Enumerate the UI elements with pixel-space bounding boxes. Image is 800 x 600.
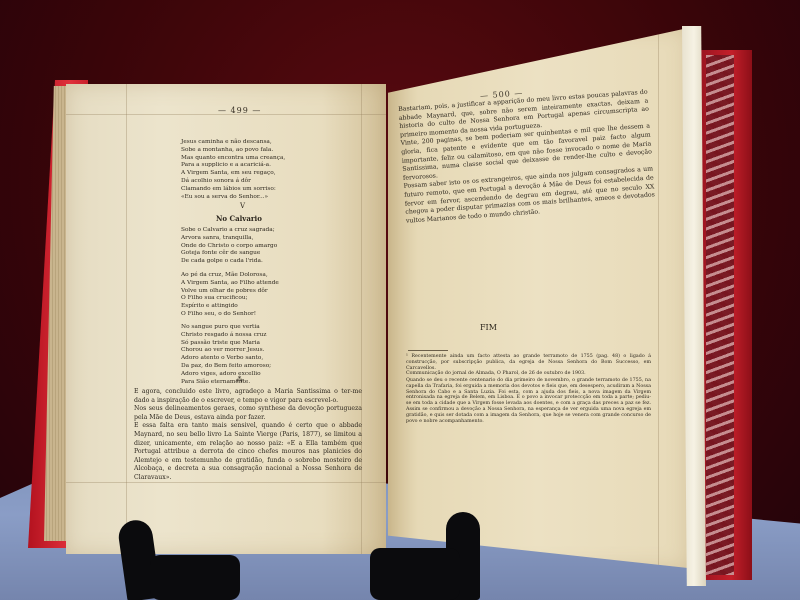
poem-stanza-1: Sobe o Calvario a cruz sagrada; Arvora s… — [181, 227, 361, 266]
footnote-1: ¹ Recentemente ainda um facto attesta ao… — [406, 354, 651, 377]
end-mark: FIM — [480, 323, 497, 332]
marbled-endpaper — [706, 55, 734, 575]
section-numeral: V — [240, 202, 245, 210]
poem-stanza-2: Ao pé da cruz, Mãe Dolorosa, A Virgem Sa… — [181, 272, 361, 319]
right-page: — 500 — Bastariam, pois, a justificar a … — [388, 28, 688, 568]
page-number-left: — 499 — — [218, 106, 261, 115]
fold-line — [658, 28, 659, 568]
footnote-rule — [408, 350, 448, 351]
poem-top: Jesus caminha e não descansa, Sobe a mon… — [181, 139, 361, 201]
footnote-2: Quando se deu o recente centenario do di… — [406, 378, 651, 424]
right-prose: Bastariam, pois, a justificar a appariçã… — [398, 89, 656, 226]
fold-line — [361, 84, 362, 554]
closing-prose: E agora, concluido este livro, agradeço … — [134, 388, 362, 483]
book-stand-left-base — [150, 555, 240, 600]
section-title: No Calvario — [216, 214, 262, 223]
left-page: — 499 — Jesus caminha e não descansa, So… — [66, 84, 386, 554]
asterism: ⁂ — [236, 376, 243, 384]
poem-stanza-3: No sangue puro que vertia Christo resgad… — [181, 324, 361, 386]
fold-line — [126, 84, 127, 554]
book-stand-right-base — [370, 548, 460, 600]
closing-prose-text: E agora, concluido este livro, agradeço … — [134, 388, 362, 481]
